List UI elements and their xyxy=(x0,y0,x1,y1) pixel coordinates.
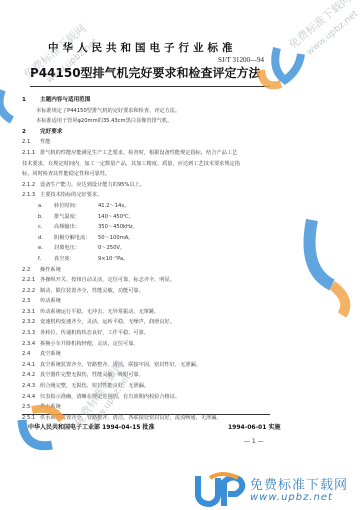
spec-item: c.高频输出：350～450kHz。 xyxy=(22,222,267,233)
effective-date: 1994-06-01 实施 xyxy=(228,422,280,431)
clause: 2.2.2制动、限位装置齐全，性能灵敏，功能可靠。 xyxy=(22,286,267,297)
clause: 2.2操作系统 xyxy=(22,265,267,276)
clause: 2.1.2设备生产能力，应达到设计能力的95%以上。 xyxy=(22,180,267,191)
spec-item: b.排气温度：140～450℃。 xyxy=(22,212,267,223)
spec-item: f.真空度：9×10⁻⁵Pa。 xyxy=(22,254,267,265)
page-number: — 1 — xyxy=(244,438,264,445)
document-title: P44150型排气机完好要求和检查评定方法 xyxy=(30,64,261,81)
clause: 2.3.4拆换小车升降机构轻便，灵活，定位可靠。 xyxy=(22,339,267,350)
clause: 2.3.3各转位、传递机构状态良好，工作平稳、可靠。 xyxy=(22,328,267,339)
section-heading: 1主题内容与适用范围 xyxy=(22,95,267,106)
up-logo-icon xyxy=(292,210,360,320)
spec-item: e.封离电压：0～250V。 xyxy=(22,243,267,254)
spec-item: d.阴极分解电流：50～100mA。 xyxy=(22,233,267,244)
clause: 2.4.3组合阀完整，无损伤，密封性能良好，无泄漏。 xyxy=(22,381,267,392)
site-name: 免费标准下载网 xyxy=(250,474,348,493)
paragraph: 本标准规定了P44150型排气机的完好要求和检查、评定方法。 xyxy=(22,106,267,117)
header-divider xyxy=(30,86,270,87)
up-logo-icon xyxy=(255,40,315,95)
clause-continuation: 标，同时检查其性能稳定性和可靠性。 xyxy=(22,169,267,180)
paragraph: 本标准适用于管屏φ20mm的35.43cm黑白显像管排气机。 xyxy=(22,116,267,127)
up-logo-icon xyxy=(0,80,32,135)
clause: 2.3.2变速机构变速齐全，灵活，运转平稳，无噪声，润滑良好。 xyxy=(22,317,267,328)
document-page: 中华人民共和国电子行业标准 SJ/T 31200—94 P44150型排气机完好… xyxy=(0,0,360,510)
site-url: www.upbz.net xyxy=(250,492,333,503)
section-heading: 2完好要求 xyxy=(22,127,267,138)
clause: 2.3.1传动系统运行平稳、无冲击、无异常振动、无窜跳。 xyxy=(22,307,267,318)
clause: 2.3传动系统 xyxy=(22,296,267,307)
clause: 2.1.3主要技术指标的完好要求。 xyxy=(22,190,267,201)
document-body: 1主题内容与适用范围 本标准规定了P44150型排气机的完好要求和检查、评定方法… xyxy=(22,95,267,423)
clause-continuation: 技术要求，在规定时间内，加工一定数量产品，其加工精度、质量，应达到工艺技术要求规… xyxy=(22,159,267,170)
clause: 2.1.1排气机的性能应能满足生产工艺要求，检查时，根据设备性能规定指标，结合产… xyxy=(22,148,267,159)
clause: 2.4.1真空系统装置齐全，管路整齐、清洁，联接牢固，密封性好，无泄漏。 xyxy=(22,360,267,371)
spec-item: a.转位时间：41.2～14s。 xyxy=(22,201,267,212)
clause: 2.4.2真空器件完整无损伤，性能灵敏，吸附可靠。 xyxy=(22,370,267,381)
clause: 2.2.1各操纵开关、按钮自动灵活，定位可靠，标志齐全、明显。 xyxy=(22,275,267,286)
up-logo-icon xyxy=(12,400,72,460)
issuing-organization: 中华人民共和国电子行业标准 xyxy=(48,40,237,55)
clause: 2.1性能 xyxy=(22,137,267,148)
site-logo-icon xyxy=(192,472,248,508)
clause: 2.4真空系统 xyxy=(22,349,267,360)
